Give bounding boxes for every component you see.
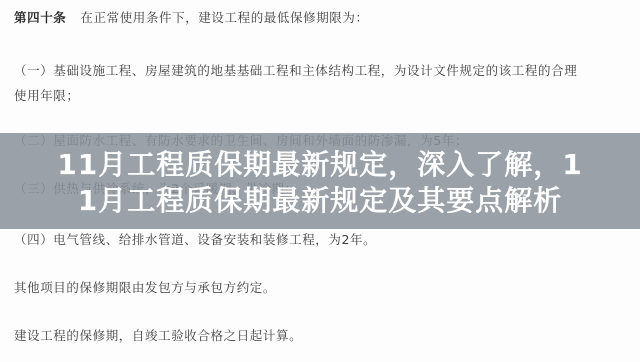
banner-title: 11月工程质保期最新规定，深入了解，1 1月工程质保期最新规定及其要点解析 [0, 147, 640, 219]
other-items-note: 其他项目的保修期限由发包方与承包方约定。 [14, 280, 276, 296]
item-1-line-1: （一）基础设施工程、房屋建筑的地基基础工程和主体结构工程，为设计文件规定的该工程… [14, 63, 577, 79]
article-number: 第四十条 [14, 10, 66, 25]
item-4: （四）电气管线、给排水管道、设备安装和装修工程，为2年。 [14, 232, 376, 248]
warranty-start-note: 建设工程的保修期，自竣工验收合格之日起计算。 [14, 328, 302, 344]
article-intro: 在正常使用条件下，建设工程的最低保修期限为： [80, 10, 368, 25]
banner-title-line-2: 1月工程质保期最新规定及其要点解析 [0, 183, 640, 219]
item-1-line-2: 使用年限； [14, 88, 80, 104]
article-heading: 第四十条在正常使用条件下，建设工程的最低保修期限为： [14, 10, 369, 26]
banner-title-line-1: 11月工程质保期最新规定，深入了解，1 [0, 147, 640, 183]
